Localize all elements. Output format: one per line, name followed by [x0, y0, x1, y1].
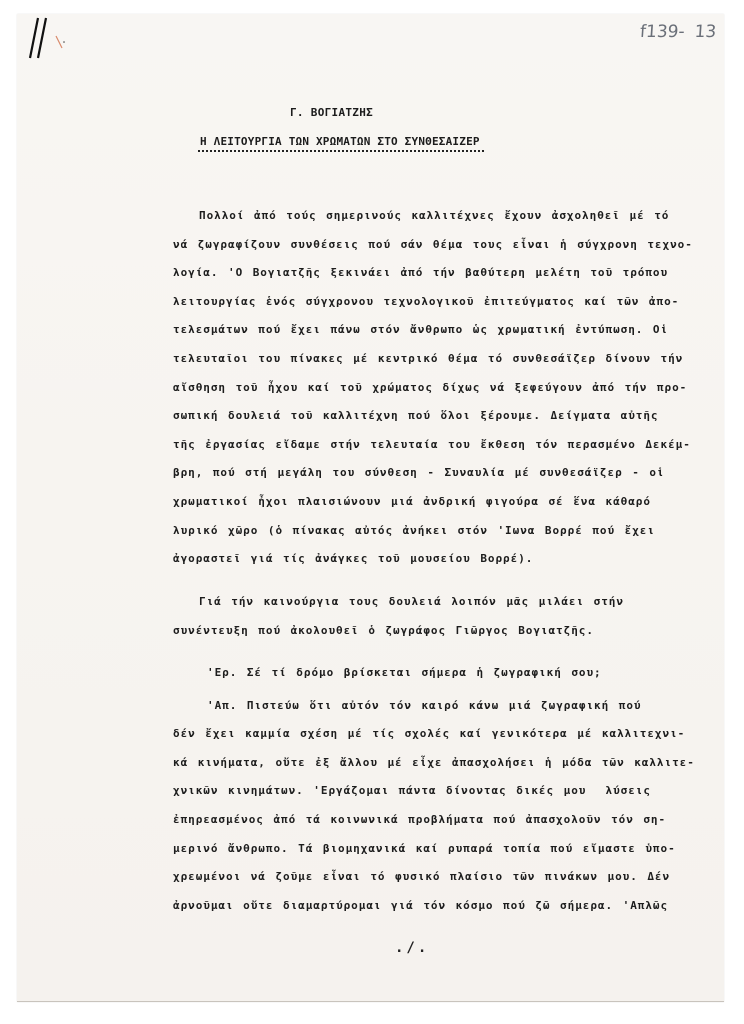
text-line: σωπική δουλειά τοῦ καλλιτέχνη πού ὅλοι ξ…	[173, 409, 659, 422]
text-line: χνικῶν κινημάτων. 'Εργάζομαι πάντα δίνον…	[173, 784, 651, 797]
text-line: χρεωμένοι νά ζοῦμε εἶναι τό φυσικό πλαίσ…	[173, 870, 670, 883]
text-line: χρωματικοί ἦχοι πλαισιώνουν μιά ἀνδρική …	[173, 495, 651, 508]
text-line: συνέντευξη πού ἀκολουθεῖ ὁ ζωγράφος Γιῶρ…	[173, 624, 594, 637]
author-name: Γ. ΒΟΓΙΑΤΖΗΣ	[290, 106, 373, 119]
margin-slash-mark-icon	[26, 12, 66, 62]
text-line: λειτουργίας ἑνός σύγχρονου τεχνολογικοῦ …	[173, 295, 679, 308]
text-line: τῆς ἐργασίας εἴδαμε στήν τελευταία του ἔ…	[173, 438, 691, 451]
text-line: ἐπηρεασμένος ἀπό τά κοινωνικά προβλήματα…	[173, 813, 666, 826]
text-line: μερινό ἄνθρωπο. Τά βιομηχανικά καί ρυπαρ…	[173, 842, 676, 855]
document-title: Η ΛΕΙΤΟΥΡΓΙΑ ΤΩΝ ΧΡΩΜΑΤΩΝ ΣΤΟ ΣΥΝΘΕΣΑΙΖΕ…	[198, 135, 484, 152]
text-line: λυρικό χῶρο (ὁ πίνακας αὐτός ἀνήκει στόν…	[173, 524, 655, 537]
text-line: λογία. 'Ο Βογιατζῆς ξεκινάει ἀπό τήν βαθ…	[173, 266, 668, 279]
text-line: αἴσθηση τοῦ ἦχου καί τοῦ χρώματος δίχως …	[173, 381, 687, 394]
text-line: νά ζωγραφίζουν συνθέσεις πού σάν θέμα το…	[173, 238, 693, 251]
text-line: ἀρνοῦμαι οὔτε διαμαρτύρομαι γιά τόν κόσμ…	[173, 899, 668, 912]
text-line: τελεσμάτων πού ἔχει πάνω στόν ἄνθρωπο ὡς…	[173, 323, 668, 336]
text-line: Γιά τήν καινούργια τους δουλειά λοιπόν μ…	[199, 595, 624, 608]
text-line: κά κινήματα, οὔτε ἐξ ἄλλου μέ εἶχε ἀπασχ…	[173, 756, 695, 769]
interview-question: 'Ερ. Σέ τί δρόμο βρίσκεται σήμερα ἡ ζωγρ…	[207, 666, 602, 679]
text-line: ἀγοραστεῖ γιά τίς ἀνάγκες τοῦ μουσείου Β…	[173, 552, 533, 565]
text-line: τελευταῖοι του πίνακες μέ κεντρικό θέμα …	[173, 352, 683, 365]
text-line: Πολλοί ἀπό τούς σημερινούς καλλιτέχνες ἔ…	[199, 209, 669, 222]
page-edge	[17, 1001, 724, 1002]
continuation-mark: ./.	[395, 940, 429, 956]
archive-code: f139-	[639, 22, 685, 42]
archive-reference: f139-13	[639, 22, 717, 42]
text-line: 'Απ. Πιστεύω ὅτι αὐτόν τόν καιρό κάνω μι…	[207, 699, 642, 712]
handwritten-page-number: 13	[694, 22, 717, 42]
text-line: δέν ἔχει καμμία σχέση μέ τίς σχολές καί …	[173, 727, 685, 740]
text-line: βρη, πού στή μεγάλη του σύνθεση - Συναυλ…	[173, 466, 665, 479]
